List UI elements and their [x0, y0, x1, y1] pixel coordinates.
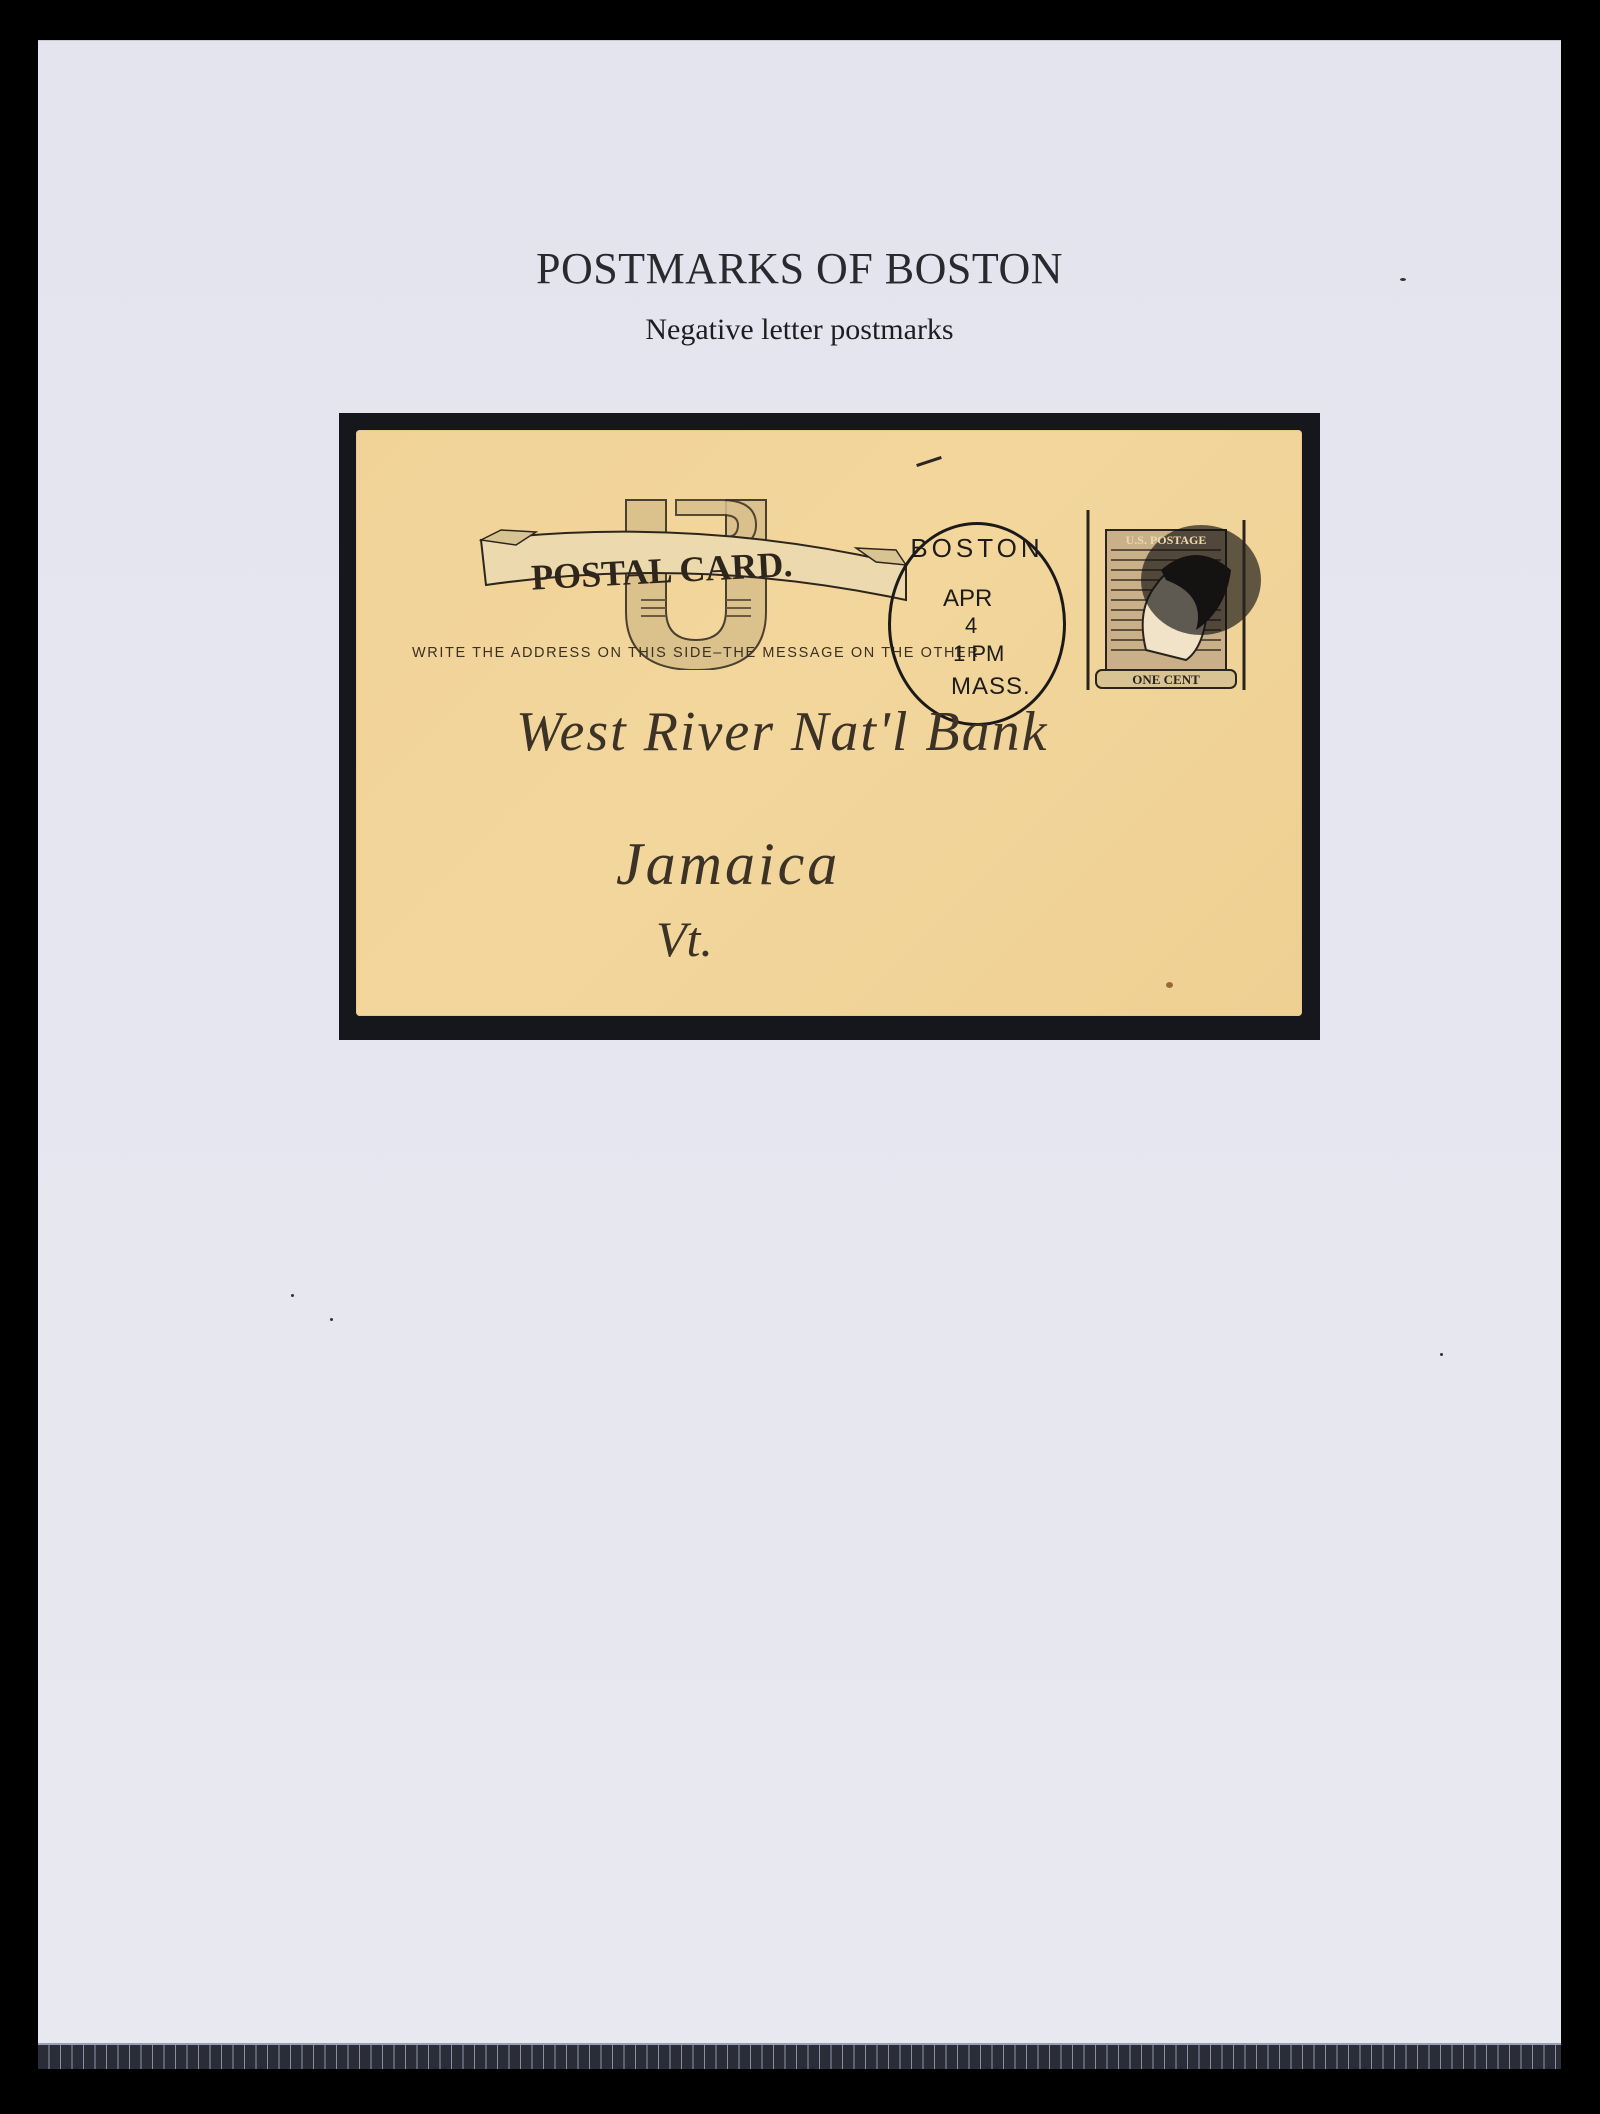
postmark-month: APR: [943, 585, 992, 613]
speck: [1440, 1353, 1443, 1356]
speck: [330, 1318, 333, 1321]
address-line-1: West River Nat'l Bank: [516, 700, 1049, 764]
one-cent-stamp-icon: ONE CENT U.S. POSTAGE: [1066, 500, 1266, 710]
svg-text:ONE CENT: ONE CENT: [1132, 672, 1200, 687]
postmark-city: BOSTON: [891, 533, 1063, 564]
album-page: POSTMARKS OF BOSTON Negative letter post…: [38, 40, 1561, 2045]
postmark-day: 4: [965, 613, 977, 639]
page-protector-edge: [38, 2043, 1561, 2069]
boston-postmark: BOSTON APR 4 1 PM MASS.: [888, 522, 1066, 726]
postmark-state: MASS.: [951, 673, 1031, 701]
speck: [291, 1294, 294, 1297]
page-title: POSTMARKS OF BOSTON: [38, 243, 1561, 294]
pen-mark: [916, 456, 942, 467]
svg-text:U.S. POSTAGE: U.S. POSTAGE: [1126, 533, 1207, 547]
address-line-3: Vt.: [656, 910, 713, 968]
postmark-time: 1 PM: [953, 641, 1004, 667]
address-line-2: Jamaica: [616, 830, 840, 899]
speck: [1400, 278, 1406, 281]
postal-card: POSTAL CARD. WRITE THE ADDRESS ON THIS S…: [356, 430, 1302, 1016]
postal-card-banner-icon: POSTAL CARD.: [476, 470, 916, 670]
page-subtitle: Negative letter postmarks: [38, 313, 1561, 347]
foxing-spot: [1166, 982, 1173, 988]
